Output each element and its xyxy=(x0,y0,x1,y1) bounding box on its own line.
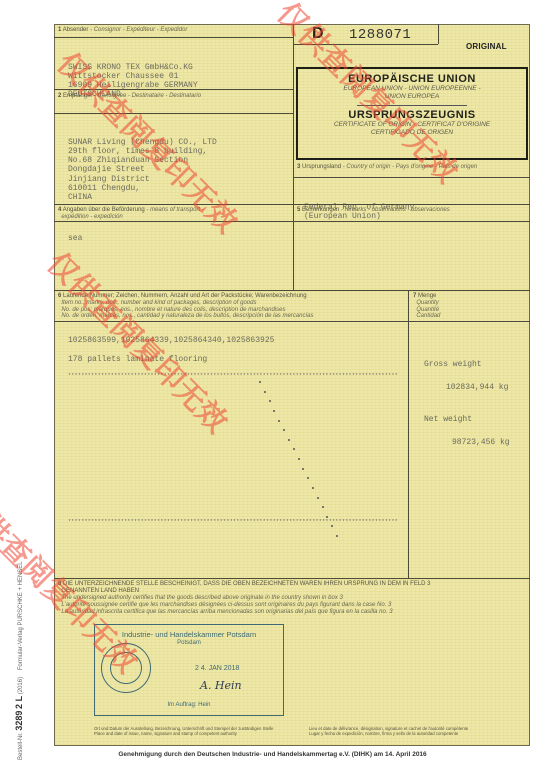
transport-means: sea xyxy=(68,234,82,243)
certificate-number: 1288071 xyxy=(349,27,411,43)
fill-dot xyxy=(322,506,324,508)
chamber-stamp: Industrie- und Handelskammer Potsdam Pot… xyxy=(94,624,284,716)
stamp-date: 2 4. JAN 2018 xyxy=(195,665,239,672)
order-year: (2016) xyxy=(18,677,24,694)
divider xyxy=(293,177,530,178)
gross-weight-label: Gross weight xyxy=(424,360,482,369)
divider xyxy=(357,105,467,106)
box5-label: 5 Bemerkungen - remarks - observations -… xyxy=(297,207,450,214)
title-eu: EUROPÄISCHE UNION xyxy=(298,73,526,85)
box4-label: 4 Angaben über die Beförderung - means o… xyxy=(58,207,204,221)
fill-dot xyxy=(278,420,280,422)
fill-dot xyxy=(269,400,271,402)
order-number: 3289 xyxy=(14,711,24,731)
title-eu-sub2: UNION EUROPEA xyxy=(298,93,526,101)
stamp-chamber: Industrie- und Handelskammer Potsdam xyxy=(95,630,283,639)
consignor-address: SWISS KRONO TEX GmbH&Co.KGWittstocker Ch… xyxy=(68,44,198,118)
consignee-address: SUNAR Living (Chengdu) CO., LTD29th floo… xyxy=(68,119,217,221)
fill-dot xyxy=(302,468,304,470)
fill-dot xyxy=(273,410,275,412)
fill-dot xyxy=(283,429,285,431)
divider xyxy=(54,113,293,114)
fill-dot xyxy=(298,458,300,460)
divider xyxy=(293,24,294,290)
fill-dot xyxy=(293,448,295,450)
divider xyxy=(54,37,293,38)
box7-label: 7 Menge Quantity Quantité Cantidad xyxy=(413,293,440,320)
box6-label: 6 Laufende Nummer; Zeichen, Nummern, Anz… xyxy=(58,293,313,320)
net-weight-label: Net weight xyxy=(424,415,472,424)
divider xyxy=(438,24,439,44)
net-weight-value: 98723,456 kg xyxy=(452,438,510,447)
fill-dot xyxy=(264,391,266,393)
divider xyxy=(54,89,293,90)
on-behalf: Im Auftrag: Hein xyxy=(95,702,283,708)
gross-weight-value: 102834,944 kg xyxy=(446,383,508,392)
approval-footer: Genehmigung durch den Deutschen Industri… xyxy=(0,751,545,758)
title-cert-sub2: CERTIFICADO DE ORIGEN xyxy=(298,129,526,137)
side-print-info: Bestell-Nr. 3289 2 L (2016) Formular-Ver… xyxy=(14,600,44,760)
divider xyxy=(54,204,530,205)
box1-label: 1 Absender - Consignor - Expéditeur - Ex… xyxy=(58,27,187,34)
divider xyxy=(54,290,530,291)
star-line-top: ****************************************… xyxy=(68,373,398,379)
title-cert-sub: CERTIFICATE OF ORIGIN - CERTIFICAT D'ORI… xyxy=(298,121,526,129)
divider xyxy=(293,44,438,45)
fill-dot xyxy=(336,535,338,537)
title-box: EUROPÄISCHE UNION EUROPEAN UNION - UNION… xyxy=(296,67,528,160)
box2-label: 2 Empfänger - Consignee - Destinataire -… xyxy=(58,93,201,100)
place-date-label-right: Lieu et date de délivrance, désignation,… xyxy=(309,726,468,736)
box3-label: 3 Ursprungsland - Country of origin - Pa… xyxy=(297,164,477,171)
title-eu-sub: EUROPEAN UNION - UNION EUROPEENNE - xyxy=(298,85,526,93)
signature: A. Hein xyxy=(200,679,242,692)
divider xyxy=(54,321,530,322)
fill-dot xyxy=(331,525,333,527)
shipping-marks: 1025863599,1025864339,1025864340,1025863… xyxy=(68,336,274,345)
fill-dot xyxy=(307,477,309,479)
title-certificate: URSPRUNGSZEUGNIS xyxy=(298,109,526,121)
fill-dot xyxy=(288,439,290,441)
order-suffix: 2 L xyxy=(14,696,24,709)
divider xyxy=(54,578,530,579)
goods-description: 178 pallets laminate flooring xyxy=(68,355,207,364)
star-line-bottom: ****************************************… xyxy=(68,519,398,525)
form-grid: 1 Absender - Consignor - Expéditeur - Ex… xyxy=(54,24,530,746)
fill-dot xyxy=(326,516,328,518)
fill-dot xyxy=(259,381,261,383)
divider xyxy=(54,221,530,222)
publisher: Formular-Verlag PURSCHKE + HENSEL xyxy=(18,561,24,670)
box8-declaration: 8 DIE UNTERZEICHNENDE STELLE BESCHEINIGT… xyxy=(58,581,431,616)
place-date-label-left: Ort und Datum der Ausstellung, Bezeichnu… xyxy=(94,726,273,736)
divider xyxy=(408,290,409,578)
country-code: D xyxy=(312,25,324,43)
eagle-seal-icon xyxy=(101,643,151,693)
fill-dot xyxy=(317,497,319,499)
fill-dot xyxy=(312,487,314,489)
original-label: ORIGINAL xyxy=(466,42,507,51)
